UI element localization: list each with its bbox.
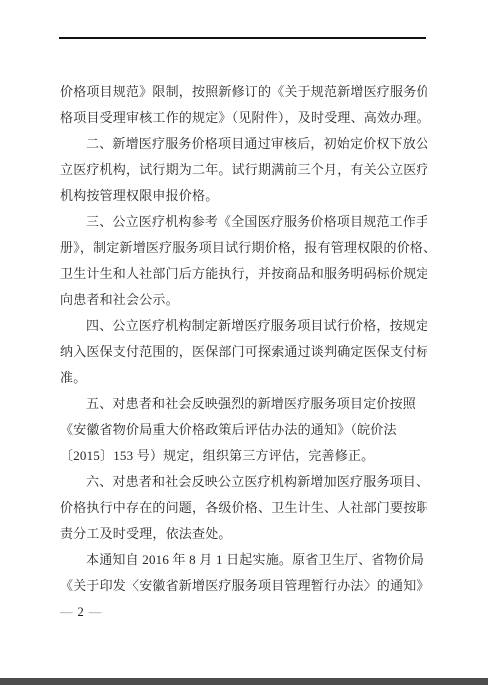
- text-line: 《关于印发〈安徽省新增医疗服务项目管理暂行办法〉的通知》: [60, 573, 427, 599]
- text-line: 准。: [60, 365, 427, 391]
- text-line: 卫生计生和人社部门后方能执行，并按商品和服务明码标价规定: [60, 261, 427, 287]
- text-line: 〔2015〕153 号）规定，组织第三方评估，完善修正。: [60, 443, 427, 469]
- page-number-dash-left: —: [60, 605, 74, 619]
- document-page: 价格项目规范》限制，按照新修订的《关于规范新增医疗服务价格项目受理审核工作的规定…: [0, 0, 488, 685]
- page-number: —2—: [60, 603, 102, 621]
- text-line: 向患者和社会公示。: [60, 287, 427, 313]
- text-line: 六、对患者和社会反映公立医疗机构新增加医疗服务项目、: [60, 469, 427, 495]
- text-line: 价格执行中存在的问题，各级价格、卫生计生、人社部门要按职: [60, 495, 427, 521]
- text-line: 纳入医保支付范围的，医保部门可探索通过谈判确定医保支付标: [60, 339, 427, 365]
- page-number-value: 2: [74, 605, 89, 619]
- text-line: 册》，制定新增医疗服务项目试行期价格，报有管理权限的价格、: [60, 235, 427, 261]
- text-line: 机构按管理权限申报价格。: [60, 183, 427, 209]
- text-line: 本通知自 2016 年 8 月 1 日起实施。原省卫生厅、省物价局: [60, 547, 427, 573]
- text-line: 价格项目规范》限制，按照新修订的《关于规范新增医疗服务价: [60, 79, 427, 105]
- text-line: 立医疗机构，试行期为二年。试行期满前三个月，有关公立医疗: [60, 157, 427, 183]
- text-line: 《安徽省物价局重大价格政策后评估办法的通知》（皖价法: [60, 417, 427, 443]
- text-line: 五、对患者和社会反映强烈的新增医疗服务项目定价按照: [60, 391, 427, 417]
- text-line: 责分工及时受理，依法查处。: [60, 521, 427, 547]
- text-line: 格项目受理审核工作的规定》（见附件），及时受理、高效办理。: [60, 105, 427, 131]
- text-line: 三、公立医疗机构参考《全国医疗服务价格项目规范工作手: [60, 209, 427, 235]
- scan-bottom-edge: [0, 678, 488, 685]
- page-number-dash-right: —: [89, 605, 103, 619]
- text-line: 二、新增医疗服务价格项目通过审核后，初始定价权下放公: [60, 131, 427, 157]
- text-line: 四、公立医疗机构制定新增医疗服务项目试行价格，按规定: [60, 313, 427, 339]
- header-rule: [59, 37, 426, 39]
- document-body: 价格项目规范》限制，按照新修订的《关于规范新增医疗服务价格项目受理审核工作的规定…: [60, 79, 427, 599]
